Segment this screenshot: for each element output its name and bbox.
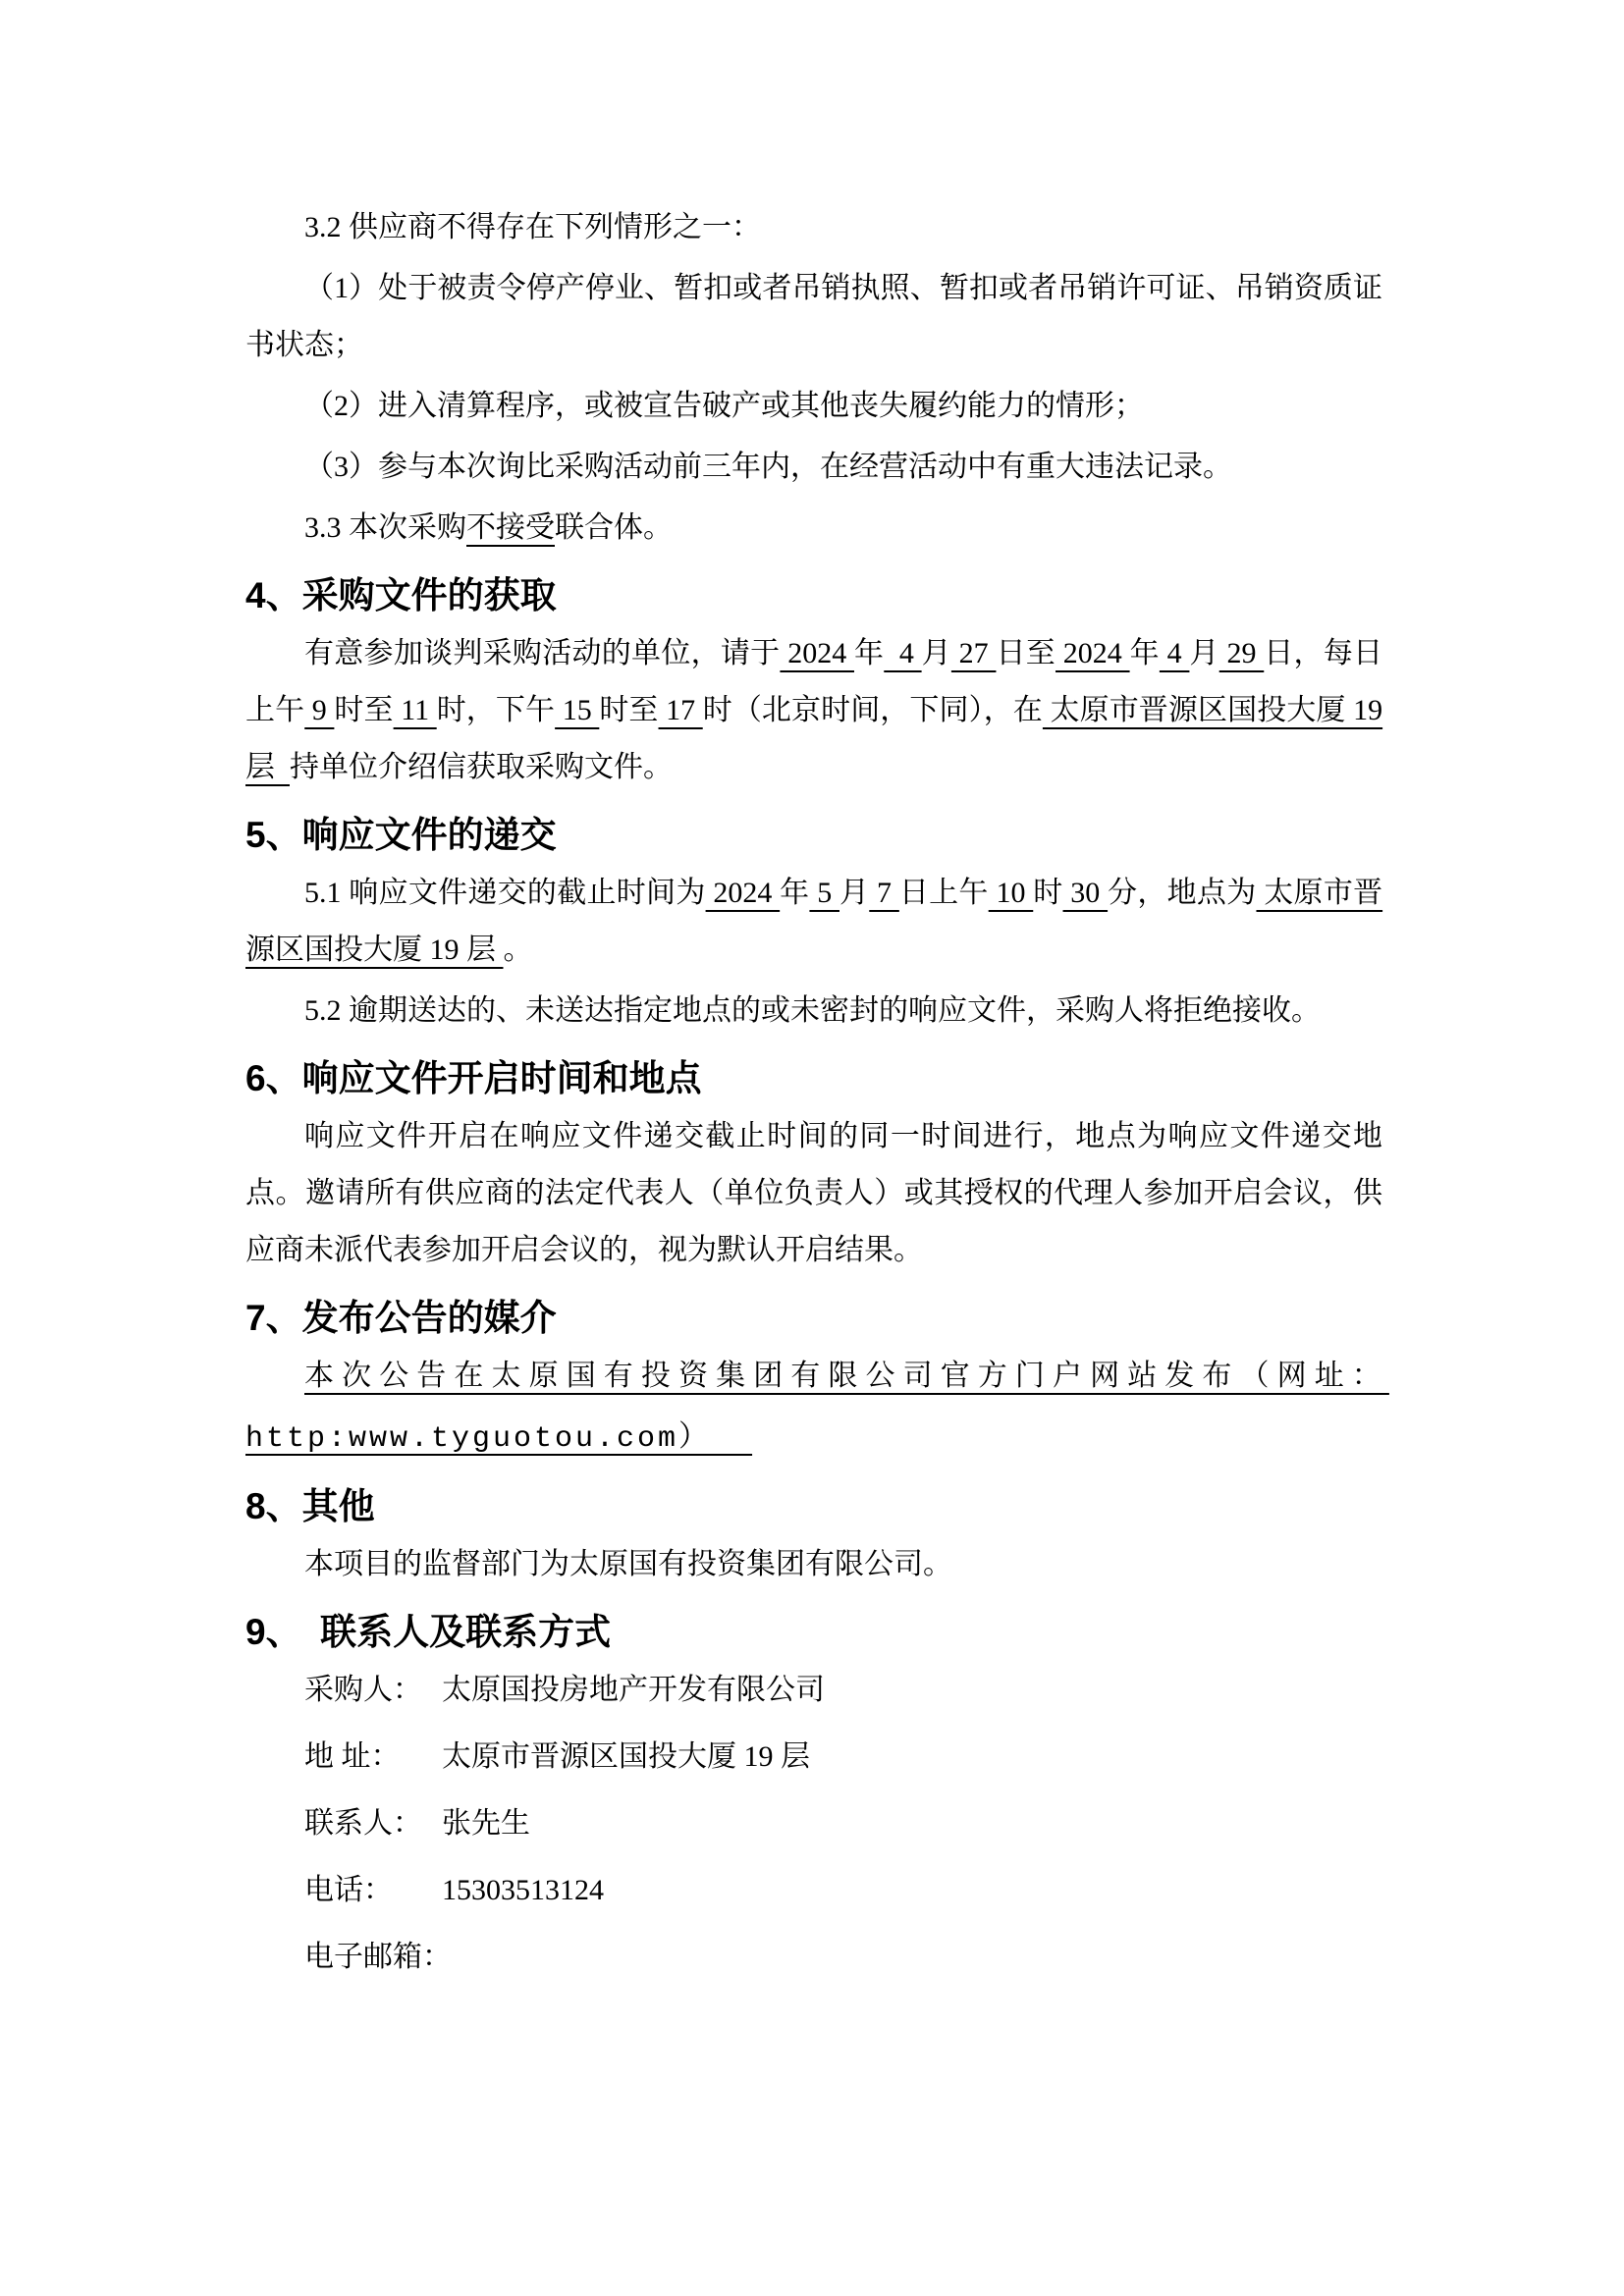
text-run: 月 bbox=[922, 637, 951, 669]
contact-row-contact-person: 联系人： 张先生 bbox=[245, 1795, 1382, 1852]
text-run: 3.2 供应商不得存在下列情形之一： bbox=[304, 211, 761, 243]
text-run: 响应文件开启在响应文件递交截止时间的同一时间进行，地点为响应文件递交地点。邀请所… bbox=[245, 1120, 1382, 1266]
section-5-heading: 5、响应文件的递交 bbox=[245, 812, 1382, 859]
address-label: 地 址： bbox=[304, 1729, 442, 1786]
underlined-text-run: 30 bbox=[1063, 877, 1109, 909]
address-value: 太原市晋源区国投大厦 19 层 bbox=[442, 1729, 1382, 1786]
text-run: 。 bbox=[504, 934, 533, 966]
text-run: 6、响应文件开启时间和地点 bbox=[245, 1058, 702, 1098]
text-run: 时（北京时间，下同），在 bbox=[703, 694, 1043, 726]
contact-row-purchaser: 采购人： 太原国投房地产开发有限公司 bbox=[245, 1662, 1382, 1719]
contact-row-phone: 电话： 15303513124 bbox=[245, 1862, 1382, 1919]
underlined-text-run: 29 bbox=[1219, 637, 1265, 669]
clause-5-2: 5.2 逾期送达的、未送达指定地点的或未密封的响应文件，采购人将拒绝接收。 bbox=[245, 983, 1382, 1040]
contact-row-email: 电子邮箱： bbox=[245, 1929, 1382, 1986]
clause-5-1: 5.1 响应文件递交的截止时间为 2024 年 5 月 7 日上午 10 时 3… bbox=[245, 865, 1382, 979]
section-9-heading: 9、 联系人及联系方式 bbox=[245, 1609, 1382, 1656]
announcement-media-line: 本次公告在太原国有投资集团有限公司官方门户网站发布（网址： bbox=[245, 1348, 1382, 1405]
opening-time-paragraph: 响应文件开启在响应文件递交截止时间的同一时间进行，地点为响应文件递交地点。邀请所… bbox=[245, 1108, 1382, 1279]
underlined-text-run: 5 bbox=[809, 877, 839, 909]
text-run: 年 bbox=[854, 637, 884, 669]
section-8-heading: 8、其他 bbox=[245, 1483, 1382, 1530]
text-run: 时至 bbox=[334, 694, 393, 726]
supervision-paragraph: 本项目的监督部门为太原国有投资集团有限公司。 bbox=[245, 1536, 1382, 1593]
text-run: 8、其他 bbox=[245, 1486, 375, 1526]
text-run: 分，地点为 bbox=[1108, 877, 1256, 909]
text-run: 7、发布公告的媒介 bbox=[245, 1298, 557, 1338]
underlined-text-run: 2024 bbox=[780, 637, 854, 669]
document-page: 3.2 供应商不得存在下列情形之一： （1）处于被责令停产停业、暂扣或者吊销执照… bbox=[0, 0, 1624, 2296]
text-run: 有意参加谈判采购活动的单位，请于 bbox=[304, 637, 780, 669]
text-run: 5.2 逾期送达的、未送达指定地点的或未密封的响应文件，采购人将拒绝接收。 bbox=[304, 994, 1321, 1027]
underlined-text-run: 11 bbox=[394, 694, 437, 726]
underlined-text-run: 17 bbox=[659, 694, 703, 726]
prohibited-item-3: （3）参与本次询比采购活动前三年内，在经营活动中有重大违法记录。 bbox=[245, 439, 1382, 496]
clause-3-2: 3.2 供应商不得存在下列情形之一： bbox=[245, 199, 1382, 256]
purchaser-label: 采购人： bbox=[304, 1662, 442, 1719]
email-value bbox=[452, 1929, 1382, 1986]
text-run: 年 bbox=[780, 877, 809, 909]
text-run: 月 bbox=[839, 877, 869, 909]
announcement-url-text: http:www.tyguotou.com） bbox=[245, 1411, 1382, 1468]
clause-3-3: 3.3 本次采购不接受联合体。 bbox=[245, 500, 1382, 557]
underlined-text-run: 4 bbox=[1160, 637, 1190, 669]
text-run: 5、响应文件的递交 bbox=[245, 815, 557, 855]
text-run: 本项目的监督部门为太原国有投资集团有限公司。 bbox=[304, 1548, 952, 1580]
section-7-heading: 7、发布公告的媒介 bbox=[245, 1295, 1382, 1342]
underlined-text-run: 10 bbox=[989, 877, 1034, 909]
text-run: 时至 bbox=[599, 694, 658, 726]
underlined-text-run: 4 bbox=[884, 637, 921, 669]
contact-person-label: 联系人： bbox=[304, 1795, 442, 1852]
prohibited-item-2: （2）进入清算程序，或被宣告破产或其他丧失履约能力的情形； bbox=[245, 378, 1382, 435]
prohibited-item-1: （1）处于被责令停产停业、暂扣或者吊销执照、暂扣或者吊销许可证、吊销资质证书状态… bbox=[245, 260, 1382, 374]
purchaser-value: 太原国投房地产开发有限公司 bbox=[442, 1662, 1382, 1719]
contact-person-value: 张先生 bbox=[442, 1795, 1382, 1852]
text-run: 年 bbox=[1130, 637, 1160, 669]
text-run: （3）参与本次询比采购活动前三年内，在经营活动中有重大违法记录。 bbox=[304, 451, 1232, 483]
contact-row-address: 地 址： 太原市晋源区国投大厦 19 层 bbox=[245, 1729, 1382, 1786]
underlined-text-run: 2024 bbox=[1056, 637, 1130, 669]
underlined-text-run: 15 bbox=[555, 694, 599, 726]
email-label: 电子邮箱： bbox=[304, 1929, 452, 1986]
text-run: 时 bbox=[1033, 877, 1062, 909]
text-run: 联合体。 bbox=[555, 511, 673, 544]
underlined-text-run: 不接受 bbox=[466, 511, 555, 544]
text-run: 4、采购文件的获取 bbox=[245, 575, 557, 615]
text-run: 日至 bbox=[996, 637, 1056, 669]
underlined-text-run: 7 bbox=[869, 877, 899, 909]
text-run: 日上午 bbox=[899, 877, 989, 909]
text-run: 9、 联系人及联系方式 bbox=[245, 1612, 611, 1652]
underlined-text-run: http:www.tyguotou.com） bbox=[245, 1422, 752, 1456]
doc-acquisition-paragraph: 有意参加谈判采购活动的单位，请于 2024 年 4 月 27 日至 2024 年… bbox=[245, 625, 1382, 796]
text-run: 月 bbox=[1189, 637, 1218, 669]
phone-label: 电话： bbox=[304, 1862, 442, 1919]
text-run: （1）处于被责令停产停业、暂扣或者吊销执照、暂扣或者吊销许可证、吊销资质证书状态… bbox=[245, 272, 1382, 361]
text-run: 持单位介绍信获取采购文件。 bbox=[290, 751, 673, 783]
text-run: 时，下午 bbox=[437, 694, 555, 726]
section-4-heading: 4、采购文件的获取 bbox=[245, 572, 1382, 619]
underlined-text-run: 2024 bbox=[706, 877, 781, 909]
text-run: （2）进入清算程序，或被宣告破产或其他丧失履约能力的情形； bbox=[304, 390, 1144, 422]
text-run: 5.1 响应文件递交的截止时间为 bbox=[304, 877, 706, 909]
underlined-text-run: 27 bbox=[951, 637, 997, 669]
text-run: 3.3 本次采购 bbox=[304, 511, 466, 544]
underlined-text-run: 9 bbox=[304, 694, 334, 726]
section-6-heading: 6、响应文件开启时间和地点 bbox=[245, 1055, 1382, 1102]
underlined-text-run: 本次公告在太原国有投资集团有限公司官方门户网站发布（网址： bbox=[304, 1360, 1389, 1392]
phone-value: 15303513124 bbox=[442, 1862, 1382, 1919]
